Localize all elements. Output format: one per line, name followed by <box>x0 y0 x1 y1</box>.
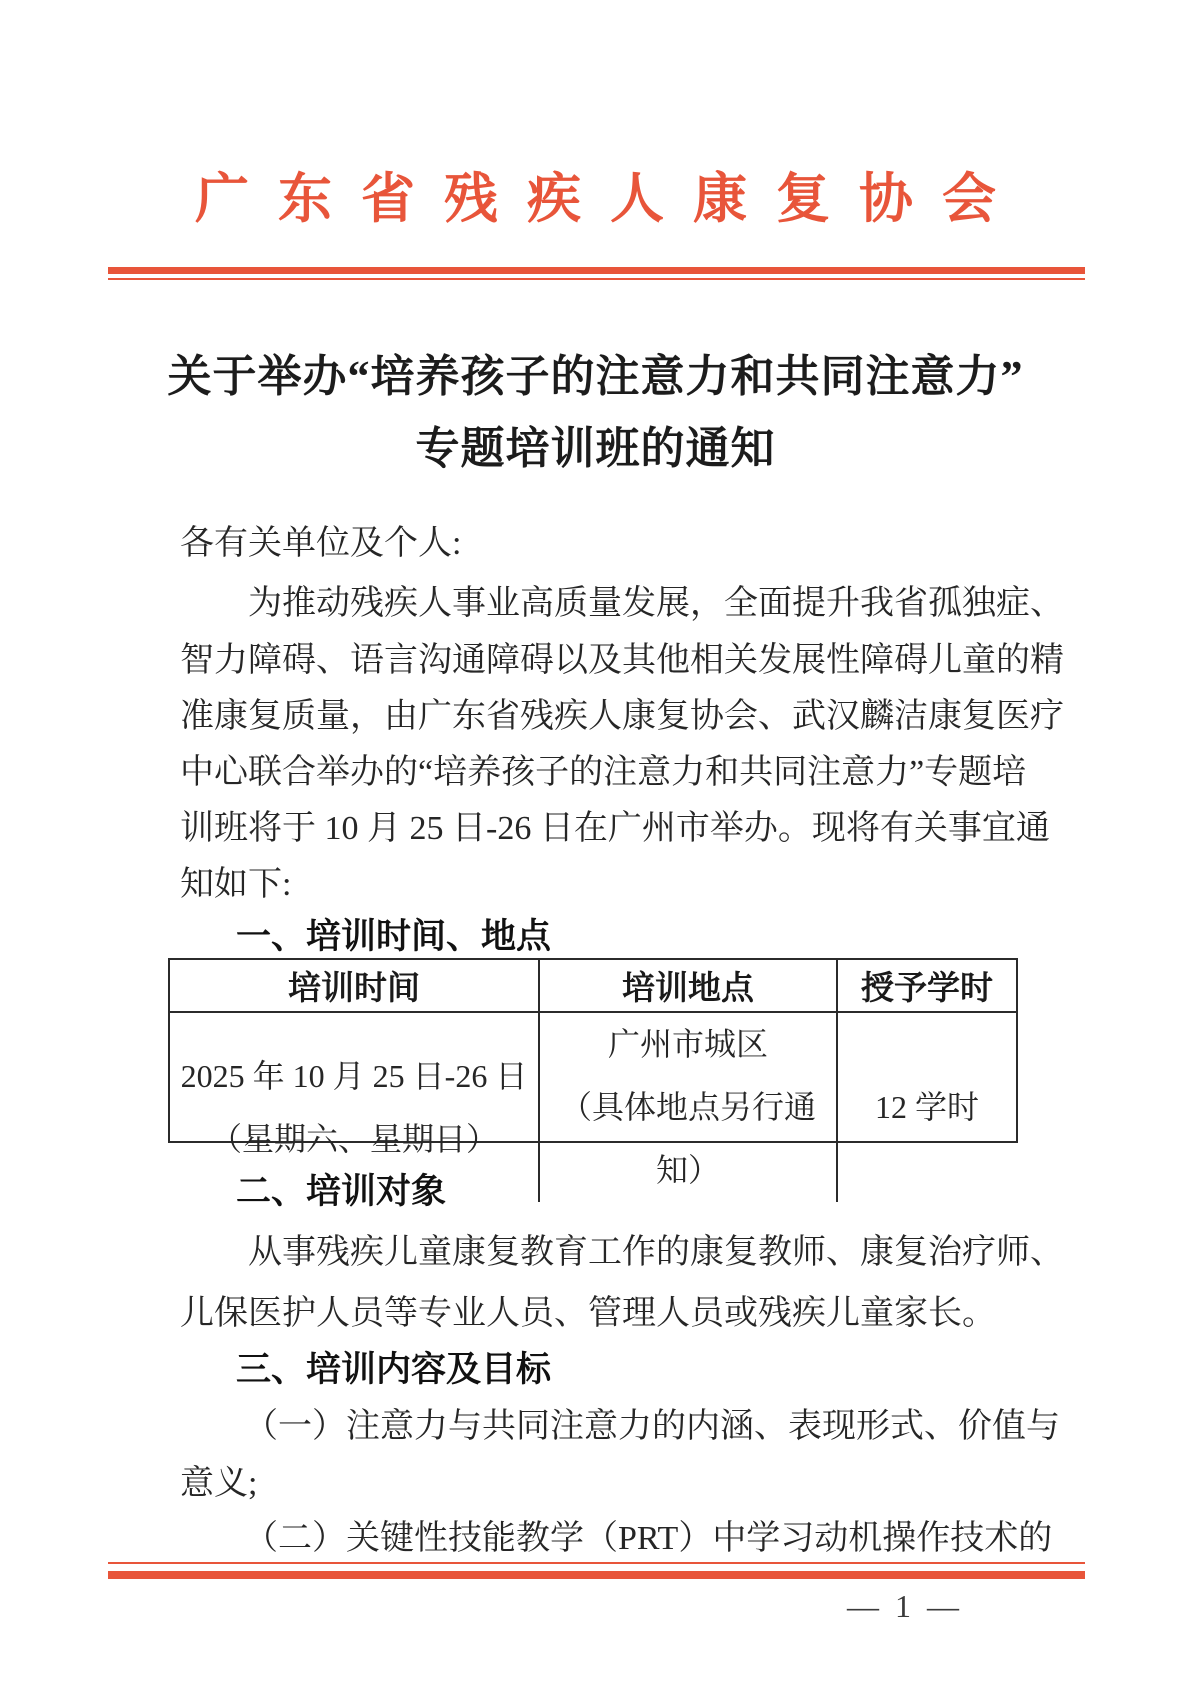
page-number: — 1 — <box>847 1588 963 1625</box>
section3-item2-line: （二）关键性技能教学（PRT）中学习动机操作技术的 <box>180 1519 1104 1559</box>
section2-line: 从事残疾儿童康复教育工作的康复教师、康复治疗师、 <box>180 1233 1108 1273</box>
training-info-table: 培训时间 培训地点 授予学时 2025 年 10 月 25 日-26 日 （星期… <box>168 958 1018 1143</box>
intro-line: 智力障碍、语言沟通障碍以及其他相关发展性障碍儿童的精 <box>180 641 1040 681</box>
section3-item1-line: 意义; <box>180 1464 1040 1504</box>
document-title-line2: 专题培训班的通知 <box>0 412 1191 476</box>
footer-rule-thin <box>108 1562 1085 1564</box>
section2-line: 儿保医护人员等专业人员、管理人员或残疾儿童家长。 <box>180 1294 1040 1334</box>
section1-heading: 一、培训时间、地点 <box>180 916 1096 958</box>
intro-line: 为推动残疾人事业高质量发展，全面提升我省孤独症、 <box>180 584 1108 624</box>
intro-line: 知如下: <box>180 865 1040 905</box>
table-header-hours: 授予学时 <box>838 960 1016 1013</box>
footer-rule-thick <box>108 1571 1085 1579</box>
table-header-time: 培训时间 <box>170 960 540 1013</box>
notice-document-page: 广东省残疾人康复协会 关于举办“培养孩子的注意力和共同注意力” 专题培训班的通知… <box>0 0 1191 1684</box>
time-line1: 2025 年 10 月 25 日-26 日 <box>181 1045 528 1108</box>
section2-heading: 二、培训对象 <box>180 1171 1096 1213</box>
header-rule-thin <box>108 278 1085 280</box>
hours-value: 12 学时 <box>875 1076 979 1139</box>
document-title-line1: 关于举办“培养孩子的注意力和共同注意力” <box>0 340 1191 404</box>
intro-line: 训班将于 10 月 25 日-26 日在广州市举办。现将有关事宜通 <box>180 809 1040 849</box>
section3-item1-line: （一）注意力与共同注意力的内涵、表现形式、价值与 <box>180 1407 1104 1447</box>
header-rule-thick <box>108 267 1085 274</box>
table-header-place: 培训地点 <box>540 960 838 1013</box>
place-line1: 广州市城区 <box>608 1013 768 1076</box>
org-name-header: 广东省残疾人康复协会 <box>0 156 1191 233</box>
intro-line: 准康复质量，由广东省残疾人康复协会、武汉麟洁康复医疗 <box>180 697 1040 737</box>
intro-line: 中心联合举办的“培养孩子的注意力和共同注意力”专题培 <box>180 753 1040 793</box>
salutation: 各有关单位及个人: <box>180 524 1040 564</box>
section3-heading: 三、培训内容及目标 <box>180 1349 1096 1391</box>
time-line2: （星期六、星期日） <box>210 1108 498 1171</box>
